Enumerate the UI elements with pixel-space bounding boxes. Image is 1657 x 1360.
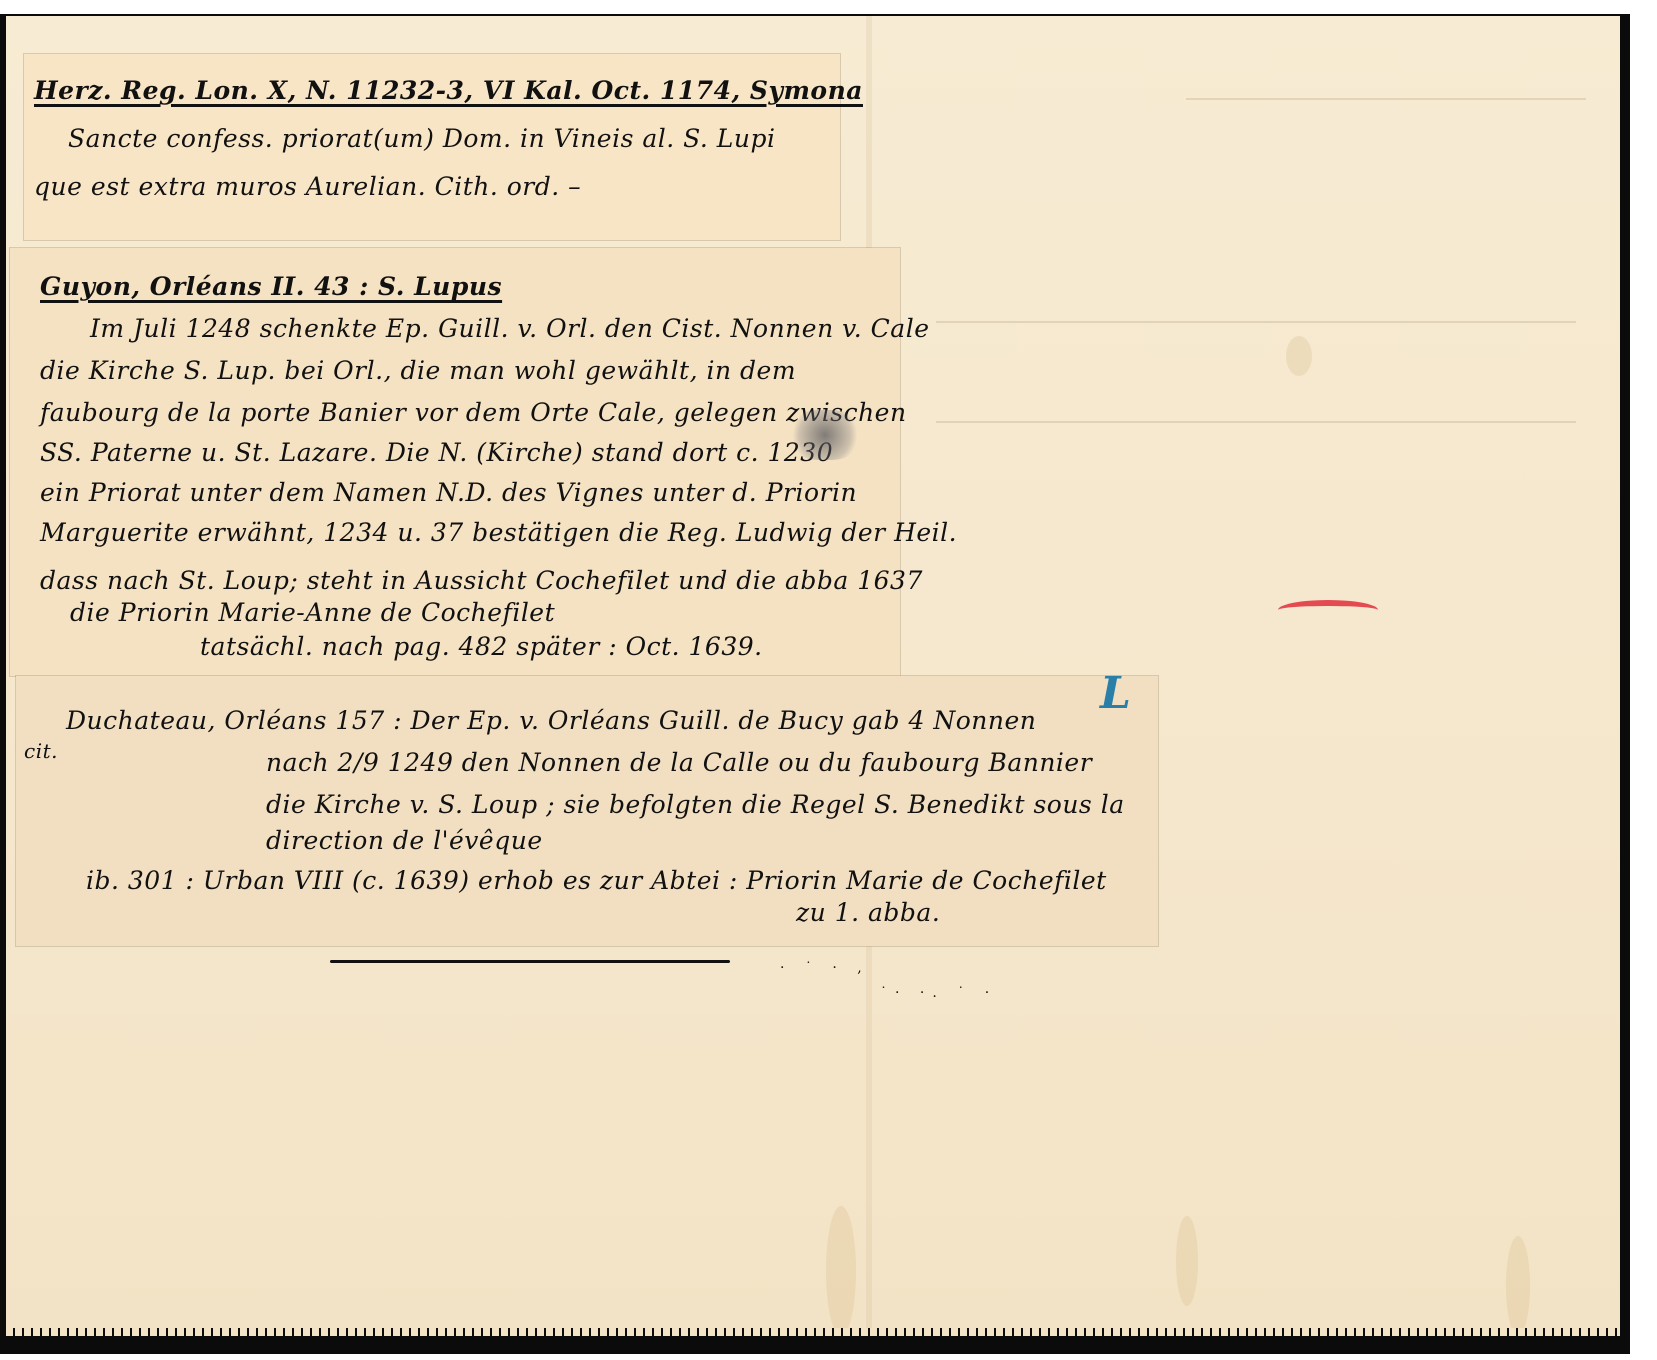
slip-2-line-2: Im Juli 1248 schenkte Ep. Guill. v. Orl.… xyxy=(90,314,930,344)
paper-stain xyxy=(1176,1216,1198,1306)
paper-stain xyxy=(1506,1236,1530,1336)
slip-1-line-3: que est extra muros Aurelian. Cith. ord.… xyxy=(34,172,581,202)
slip-2-line-3: die Kirche S. Lup. bei Orl., die man woh… xyxy=(40,356,796,386)
torn-bottom-edge xyxy=(6,1328,1620,1336)
show-through-line xyxy=(936,421,1576,423)
slip-2-heading: Guyon, Orléans II. 43 : S. Lupus xyxy=(40,272,502,302)
note-slip-3: cit. Duchateau, Orléans 157 : Der Ep. v.… xyxy=(16,676,1158,946)
slip-1-line-2: Sancte confess. priorat(um) Dom. in Vine… xyxy=(68,124,775,154)
note-slip-1: Herz. Reg. Lon. X, N. 11232-3, VI Kal. O… xyxy=(24,54,840,240)
slip-2-line-8: dass nach St. Loup; steht in Aussicht Co… xyxy=(40,566,923,596)
slip-2-line-10: tatsächl. nach pag. 482 später : Oct. 16… xyxy=(200,632,763,662)
slip-1-line-1: Herz. Reg. Lon. X, N. 11232-3, VI Kal. O… xyxy=(34,76,863,106)
slip-2-line-6: ein Priorat unter dem Namen N.D. des Vig… xyxy=(40,478,857,508)
slip-2-line-4: faubourg de la porte Banier vor dem Orte… xyxy=(40,398,907,428)
paper-stain xyxy=(826,1206,856,1336)
slip-2-line-7: Marguerite erwähnt, 1234 u. 37 bestätige… xyxy=(40,518,957,548)
show-through-line xyxy=(936,321,1576,323)
slip-3-line-6: zu 1. abba. xyxy=(796,898,940,928)
ink-spatter: · ˙ · , xyxy=(780,960,870,976)
slip-3-line-2: nach 2/9 1249 den Nonnen de la Calle ou … xyxy=(266,748,1092,778)
slip-3-heading: Duchateau, Orléans 157 : Der Ep. v. Orlé… xyxy=(66,706,1036,736)
show-through-line xyxy=(1186,98,1586,100)
ink-spatter: ˙· ·. ˙ · xyxy=(880,985,997,1001)
ink-smudge xyxy=(790,410,860,460)
slip-3-line-3: die Kirche v. S. Loup ; sie befolgten di… xyxy=(266,790,1125,820)
slip-3-line-4: direction de l'évêque xyxy=(266,826,543,856)
slip-2-line-9: die Priorin Marie-Anne de Cochefilet xyxy=(70,598,555,628)
blue-pencil-letter: L xyxy=(1100,668,1131,719)
ink-rule xyxy=(330,960,730,963)
red-stamp-mark xyxy=(1278,600,1378,620)
paper-stain xyxy=(1286,336,1312,376)
note-slip-2: Guyon, Orléans II. 43 : S. Lupus Im Juli… xyxy=(10,248,900,676)
slip-2-line-5: SS. Paterne u. St. Lazare. Die N. (Kirch… xyxy=(40,438,833,468)
slip-3-margin-note: cit. xyxy=(24,736,58,766)
slip-3-line-5: ib. 301 : Urban VIII (c. 1639) erhob es … xyxy=(86,866,1107,896)
